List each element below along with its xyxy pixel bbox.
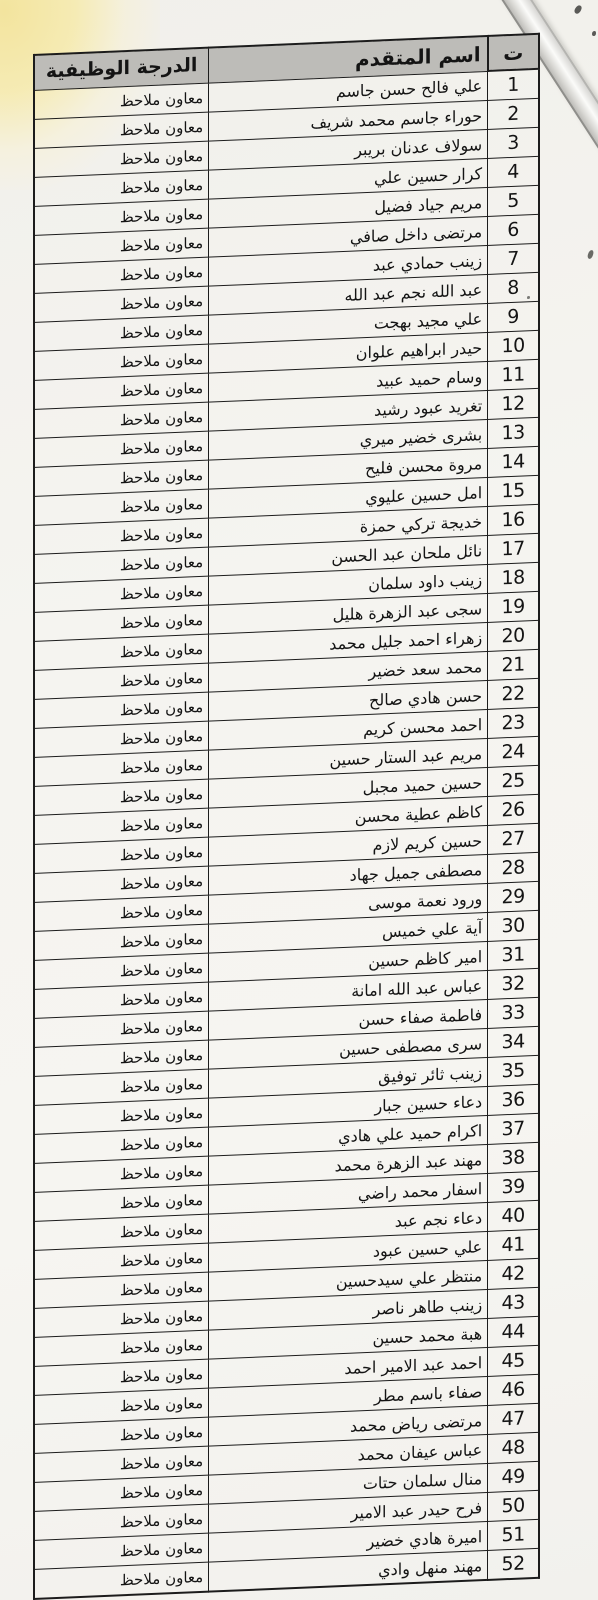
cell-index: 27 — [488, 823, 539, 854]
cell-index: 16 — [488, 504, 539, 535]
cell-index: 37 — [488, 1113, 539, 1144]
cell-grade: معاون ملاحظ — [34, 1562, 209, 1599]
cell-index: 44 — [488, 1316, 539, 1347]
cell-index: 5 — [488, 185, 539, 216]
applicants-table: ت اسم المتقدم الدرجة الوظيفية 1علي فالح … — [33, 33, 540, 1600]
cell-index: 28 — [488, 852, 539, 883]
cell-index: 39 — [488, 1171, 539, 1202]
cell-index: 11 — [488, 359, 539, 390]
cell-index: 12 — [488, 388, 539, 419]
cell-index: 29 — [488, 881, 539, 912]
cell-index: 18 — [488, 562, 539, 593]
cell-index: 9 — [488, 301, 539, 332]
ink-speck — [573, 4, 582, 15]
cell-index: 46 — [488, 1374, 539, 1405]
cell-index: 41 — [488, 1229, 539, 1260]
cell-index: 50 — [488, 1490, 539, 1521]
cell-index: 23 — [488, 707, 539, 738]
cell-index: 34 — [488, 1026, 539, 1057]
cell-index: 25 — [488, 765, 539, 796]
cell-index: 30 — [488, 910, 539, 941]
cell-index: 24 — [488, 736, 539, 767]
cell-index: 33 — [488, 997, 539, 1028]
cell-index: 14 — [488, 446, 539, 477]
cell-index: 36 — [488, 1084, 539, 1115]
cell-index: 7 — [488, 243, 539, 274]
cell-index: 35 — [488, 1055, 539, 1086]
cell-index: 42 — [488, 1258, 539, 1289]
ink-speck — [587, 250, 594, 260]
cell-index: 1 — [488, 69, 539, 101]
column-header-index: ت — [488, 34, 539, 71]
cell-index: 40 — [488, 1200, 539, 1231]
cell-index: 4 — [488, 156, 539, 187]
applicants-table-wrap: ت اسم المتقدم الدرجة الوظيفية 1علي فالح … — [33, 33, 540, 1600]
cell-index: 32 — [488, 968, 539, 999]
cell-index: 48 — [488, 1432, 539, 1463]
cell-index: 3 — [488, 127, 539, 158]
table-body: 1علي فالح حسن جاسممعاون ملاحظ2حوراء جاسم… — [34, 69, 539, 1599]
cell-index: 17 — [488, 533, 539, 564]
cell-index: 52 — [488, 1548, 539, 1580]
scanned-page: ت اسم المتقدم الدرجة الوظيفية 1علي فالح … — [0, 0, 598, 1600]
cell-index: 47 — [488, 1403, 539, 1434]
cell-index: 20 — [488, 620, 539, 651]
cell-index: 19 — [488, 591, 539, 622]
cell-index: 21 — [488, 649, 539, 680]
cell-index: 13 — [488, 417, 539, 448]
cell-index: 6 — [488, 214, 539, 245]
cell-index: 8 — [488, 272, 539, 303]
ink-speck — [592, 31, 596, 36]
cell-index: 45 — [488, 1345, 539, 1376]
cell-index: 22 — [488, 678, 539, 709]
cell-index: 43 — [488, 1287, 539, 1318]
cell-index: 2 — [488, 98, 539, 129]
cell-index: 38 — [488, 1142, 539, 1173]
cell-index: 10 — [488, 330, 539, 361]
cell-index: 26 — [488, 794, 539, 825]
cell-index: 49 — [488, 1461, 539, 1492]
cell-index: 15 — [488, 475, 539, 506]
cell-index: 31 — [488, 939, 539, 970]
cell-index: 51 — [488, 1519, 539, 1550]
